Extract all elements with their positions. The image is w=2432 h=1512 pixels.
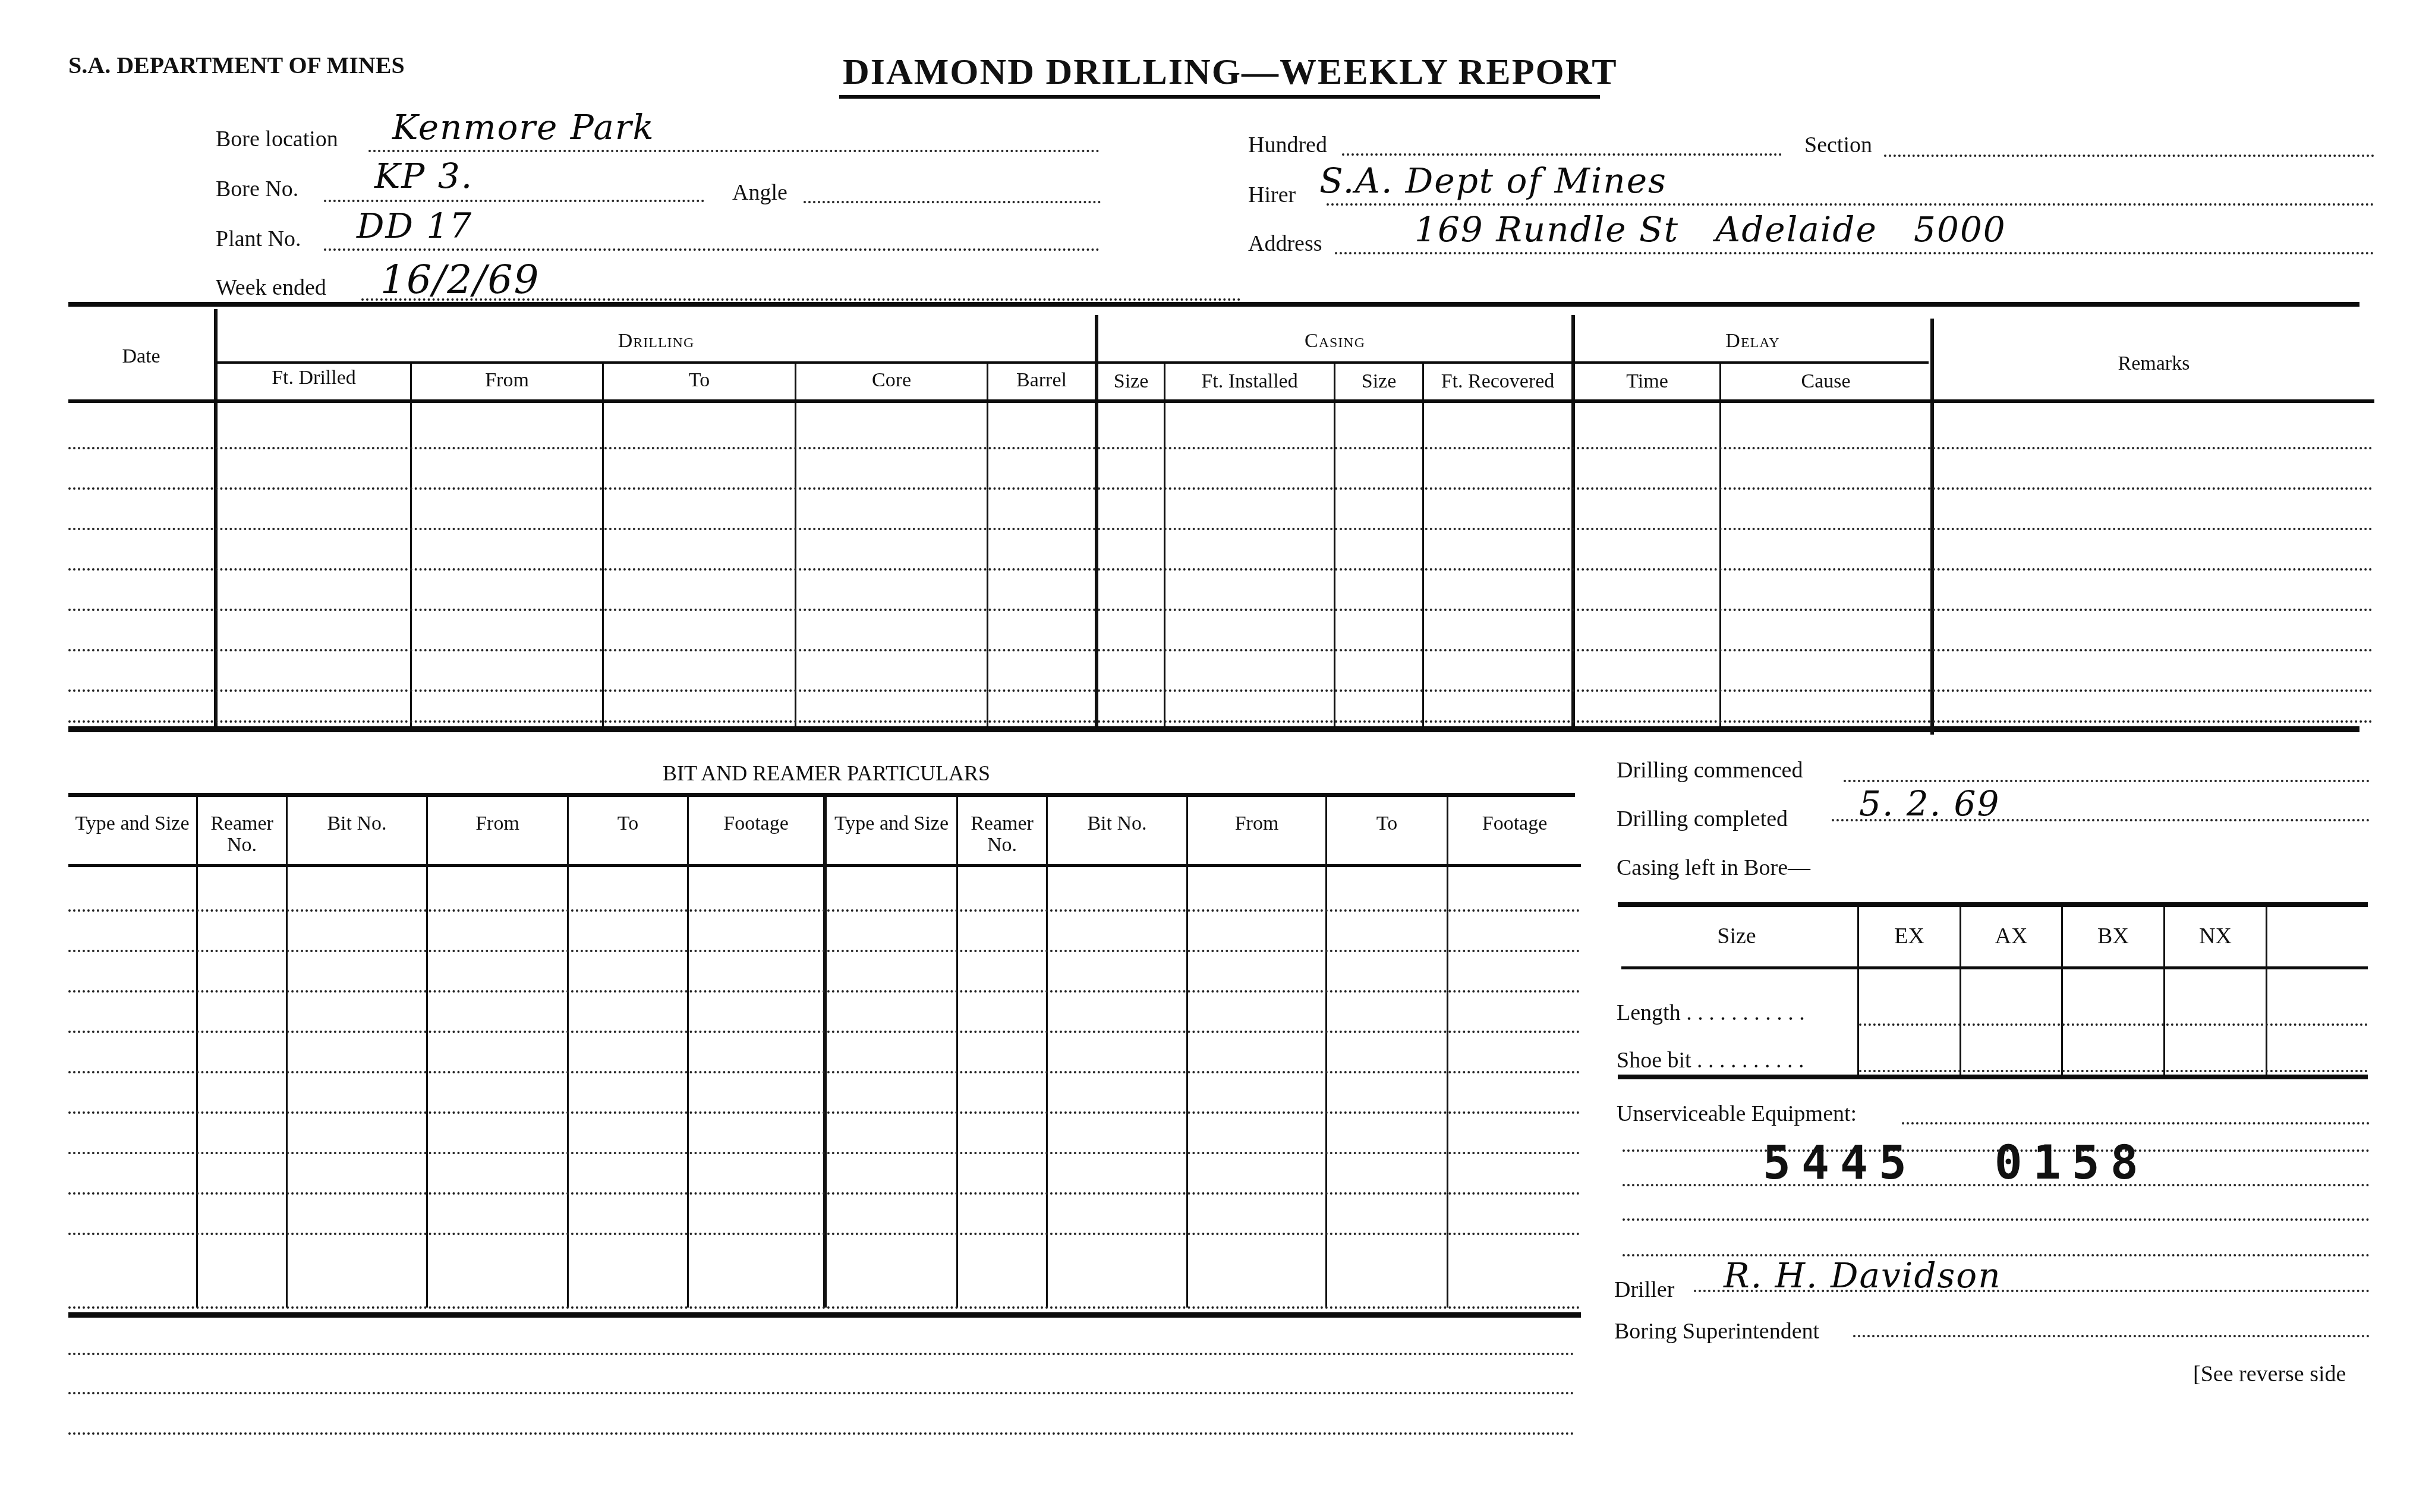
unserviceable-label: Unserviceable Equipment: — [1617, 1101, 1857, 1127]
section-label: Section — [1804, 132, 1872, 158]
reamer-no-header-2: Reamer No. — [958, 813, 1046, 855]
bore-no-label: Bore No. — [216, 176, 298, 202]
delay-cause-header: Cause — [1721, 371, 1930, 392]
shoe-bit-label: Shoe bit . . . . . . . . . . — [1617, 1047, 1804, 1073]
casing-left-label: Casing left in Bore— — [1617, 855, 1810, 881]
section-line[interactable] — [1884, 155, 2374, 157]
footage-header-2: Footage — [1448, 813, 1581, 834]
col-divider — [956, 796, 958, 1308]
col-divider — [602, 363, 604, 726]
title-underline — [839, 95, 1600, 99]
angle-label: Angle — [732, 179, 787, 206]
drilling-completed-value[interactable]: 5. 2. 69 — [1859, 783, 2000, 824]
col-divider — [1334, 363, 1335, 726]
address-label: Address — [1248, 231, 1322, 257]
notes-line[interactable] — [68, 1392, 1575, 1394]
from-header: From — [428, 813, 567, 834]
casing-group-header: Casing — [1098, 330, 1571, 352]
bore-no-line — [324, 200, 704, 202]
col-divider — [687, 796, 689, 1308]
boring-superintendent-label: Boring Superintendent — [1614, 1318, 1819, 1344]
delay-group-header: Delay — [1575, 330, 1930, 352]
ft-installed-header: Ft. Installed — [1165, 371, 1334, 392]
bit-reamer-top-rule — [68, 793, 1575, 797]
drilling-completed-label: Drilling completed — [1617, 806, 1788, 832]
table-row[interactable] — [68, 1152, 1581, 1154]
bore-location-label: Bore location — [216, 126, 338, 152]
plant-no-line — [324, 248, 1100, 251]
drilling-commenced-line[interactable] — [1844, 780, 2370, 782]
length-label: Length . . . . . . . . . . . — [1617, 1000, 1805, 1026]
see-reverse-note: [See reverse side — [2193, 1361, 2346, 1387]
shoe-bit-row[interactable] — [1859, 1070, 2368, 1072]
hirer-line — [1327, 203, 2374, 206]
size-ax: AX — [1961, 925, 2061, 949]
size-nx: NX — [2165, 925, 2266, 949]
unserviceable-line[interactable] — [1902, 1122, 2370, 1124]
barrel-header: Barrel — [988, 370, 1095, 391]
table-row[interactable] — [68, 447, 2374, 449]
core-header: Core — [796, 370, 987, 391]
plant-no-value[interactable]: DD 17 — [357, 206, 472, 246]
col-divider — [1325, 796, 1327, 1308]
col-divider — [286, 796, 288, 1308]
col-divider — [795, 363, 796, 726]
page-title: DIAMOND DRILLING—WEEKLY REPORT — [843, 51, 1618, 93]
remarks-header: Remarks — [1934, 353, 2374, 374]
ft-drilled-header: Ft. Drilled — [218, 367, 410, 389]
driller-label: Driller — [1614, 1277, 1674, 1303]
ft-recovered-header: Ft. Recovered — [1424, 371, 1571, 392]
col-divider — [196, 796, 198, 1308]
casing-table-bottom-rule — [1618, 1075, 2368, 1079]
col-divider — [410, 363, 412, 726]
header-bottom-rule — [68, 399, 2374, 403]
col-divider — [2266, 907, 2267, 1075]
col-divider — [1422, 363, 1424, 726]
address-value[interactable]: 169 Rundle St Adelaide 5000 — [1415, 209, 2006, 250]
footage-header: Footage — [689, 813, 823, 834]
drilling-table-top-rule — [68, 302, 2359, 307]
unserviceable-line[interactable] — [1623, 1184, 2370, 1186]
week-ended-value[interactable]: 16/2/69 — [380, 257, 540, 303]
date-header: Date — [68, 346, 214, 367]
col-divider — [1164, 363, 1165, 726]
notes-line[interactable] — [68, 1353, 1575, 1355]
department-name: S.A. DEPARTMENT OF MINES — [68, 51, 405, 79]
type-size-header-2: Type and Size — [827, 813, 956, 834]
table-row[interactable] — [68, 528, 2374, 530]
table-row[interactable] — [68, 1233, 1581, 1235]
table-row[interactable] — [68, 990, 1581, 993]
size-ex: EX — [1859, 925, 1960, 949]
recovered-size-header: Size — [1335, 371, 1422, 392]
table-row[interactable] — [68, 649, 2374, 651]
notes-line[interactable] — [68, 1432, 1575, 1435]
bit-no-header-2: Bit No. — [1048, 813, 1186, 834]
plant-no-label: Plant No. — [216, 226, 301, 252]
col-divider — [987, 363, 988, 726]
col-divider — [1186, 796, 1188, 1308]
table-row[interactable] — [68, 1031, 1581, 1033]
casing-table-top-rule — [1618, 902, 2368, 907]
subheader-rule — [216, 361, 1929, 364]
address-line — [1335, 252, 2374, 254]
drilling-commenced-label: Drilling commenced — [1617, 757, 1803, 783]
table-row[interactable] — [68, 1071, 1581, 1073]
col-divider — [823, 796, 827, 1308]
col-divider — [426, 796, 428, 1308]
drilling-table-bottom-rule — [68, 726, 2359, 732]
table-row[interactable] — [68, 1111, 1581, 1114]
table-row[interactable] — [68, 487, 2374, 490]
type-size-header: Type and Size — [68, 813, 196, 834]
col-divider — [1046, 796, 1048, 1308]
bore-location-value[interactable]: Kenmore Park — [392, 107, 655, 147]
bit-reamer-bottom-rule — [68, 1312, 1581, 1318]
bore-no-value[interactable]: KP 3. — [374, 156, 473, 196]
from-header-2: From — [1188, 813, 1325, 834]
stamp-number: 5445 0158 — [1763, 1136, 2149, 1190]
table-row[interactable] — [68, 1306, 1581, 1309]
hirer-value[interactable]: S.A. Dept of Mines — [1319, 160, 1667, 201]
bit-reamer-title: BIT AND REAMER PARTICULARS — [663, 761, 990, 786]
hirer-label: Hirer — [1248, 182, 1296, 208]
casing-size-label: Size — [1618, 925, 1855, 949]
delay-time-header: Time — [1575, 371, 1719, 392]
col-divider — [1447, 796, 1448, 1308]
table-row[interactable] — [68, 909, 1581, 912]
angle-line[interactable] — [804, 201, 1101, 203]
from-header: From — [412, 370, 602, 391]
length-row[interactable] — [1859, 1023, 2368, 1026]
table-row[interactable] — [68, 950, 1581, 952]
week-ended-label: Week ended — [216, 275, 326, 301]
unserviceable-line[interactable] — [1623, 1218, 2370, 1221]
table-row[interactable] — [68, 568, 2374, 571]
table-row[interactable] — [68, 609, 2374, 611]
boring-superintendent-line[interactable] — [1853, 1335, 2370, 1337]
drilling-group-header: Drilling — [218, 330, 1095, 352]
bore-location-line — [368, 150, 1100, 152]
reamer-no-header: Reamer No. — [198, 813, 286, 855]
table-row[interactable] — [68, 720, 2374, 723]
casing-table-header-rule — [1621, 966, 2368, 969]
to-header: To — [604, 370, 795, 391]
size-bx: BX — [2063, 925, 2163, 949]
table-row[interactable] — [68, 1192, 1581, 1195]
hundred-label: Hundred — [1248, 132, 1327, 158]
col-divider — [1930, 319, 1934, 735]
to-header: To — [569, 813, 687, 834]
col-divider — [567, 796, 569, 1308]
bit-no-header: Bit No. — [288, 813, 426, 834]
col-divider — [1719, 363, 1721, 726]
to-header-2: To — [1327, 813, 1447, 834]
driller-signature[interactable]: R. H. Davidson — [1724, 1255, 2002, 1296]
casing-size-header: Size — [1098, 371, 1164, 392]
hundred-line[interactable] — [1342, 153, 1782, 156]
table-row[interactable] — [68, 689, 2374, 692]
